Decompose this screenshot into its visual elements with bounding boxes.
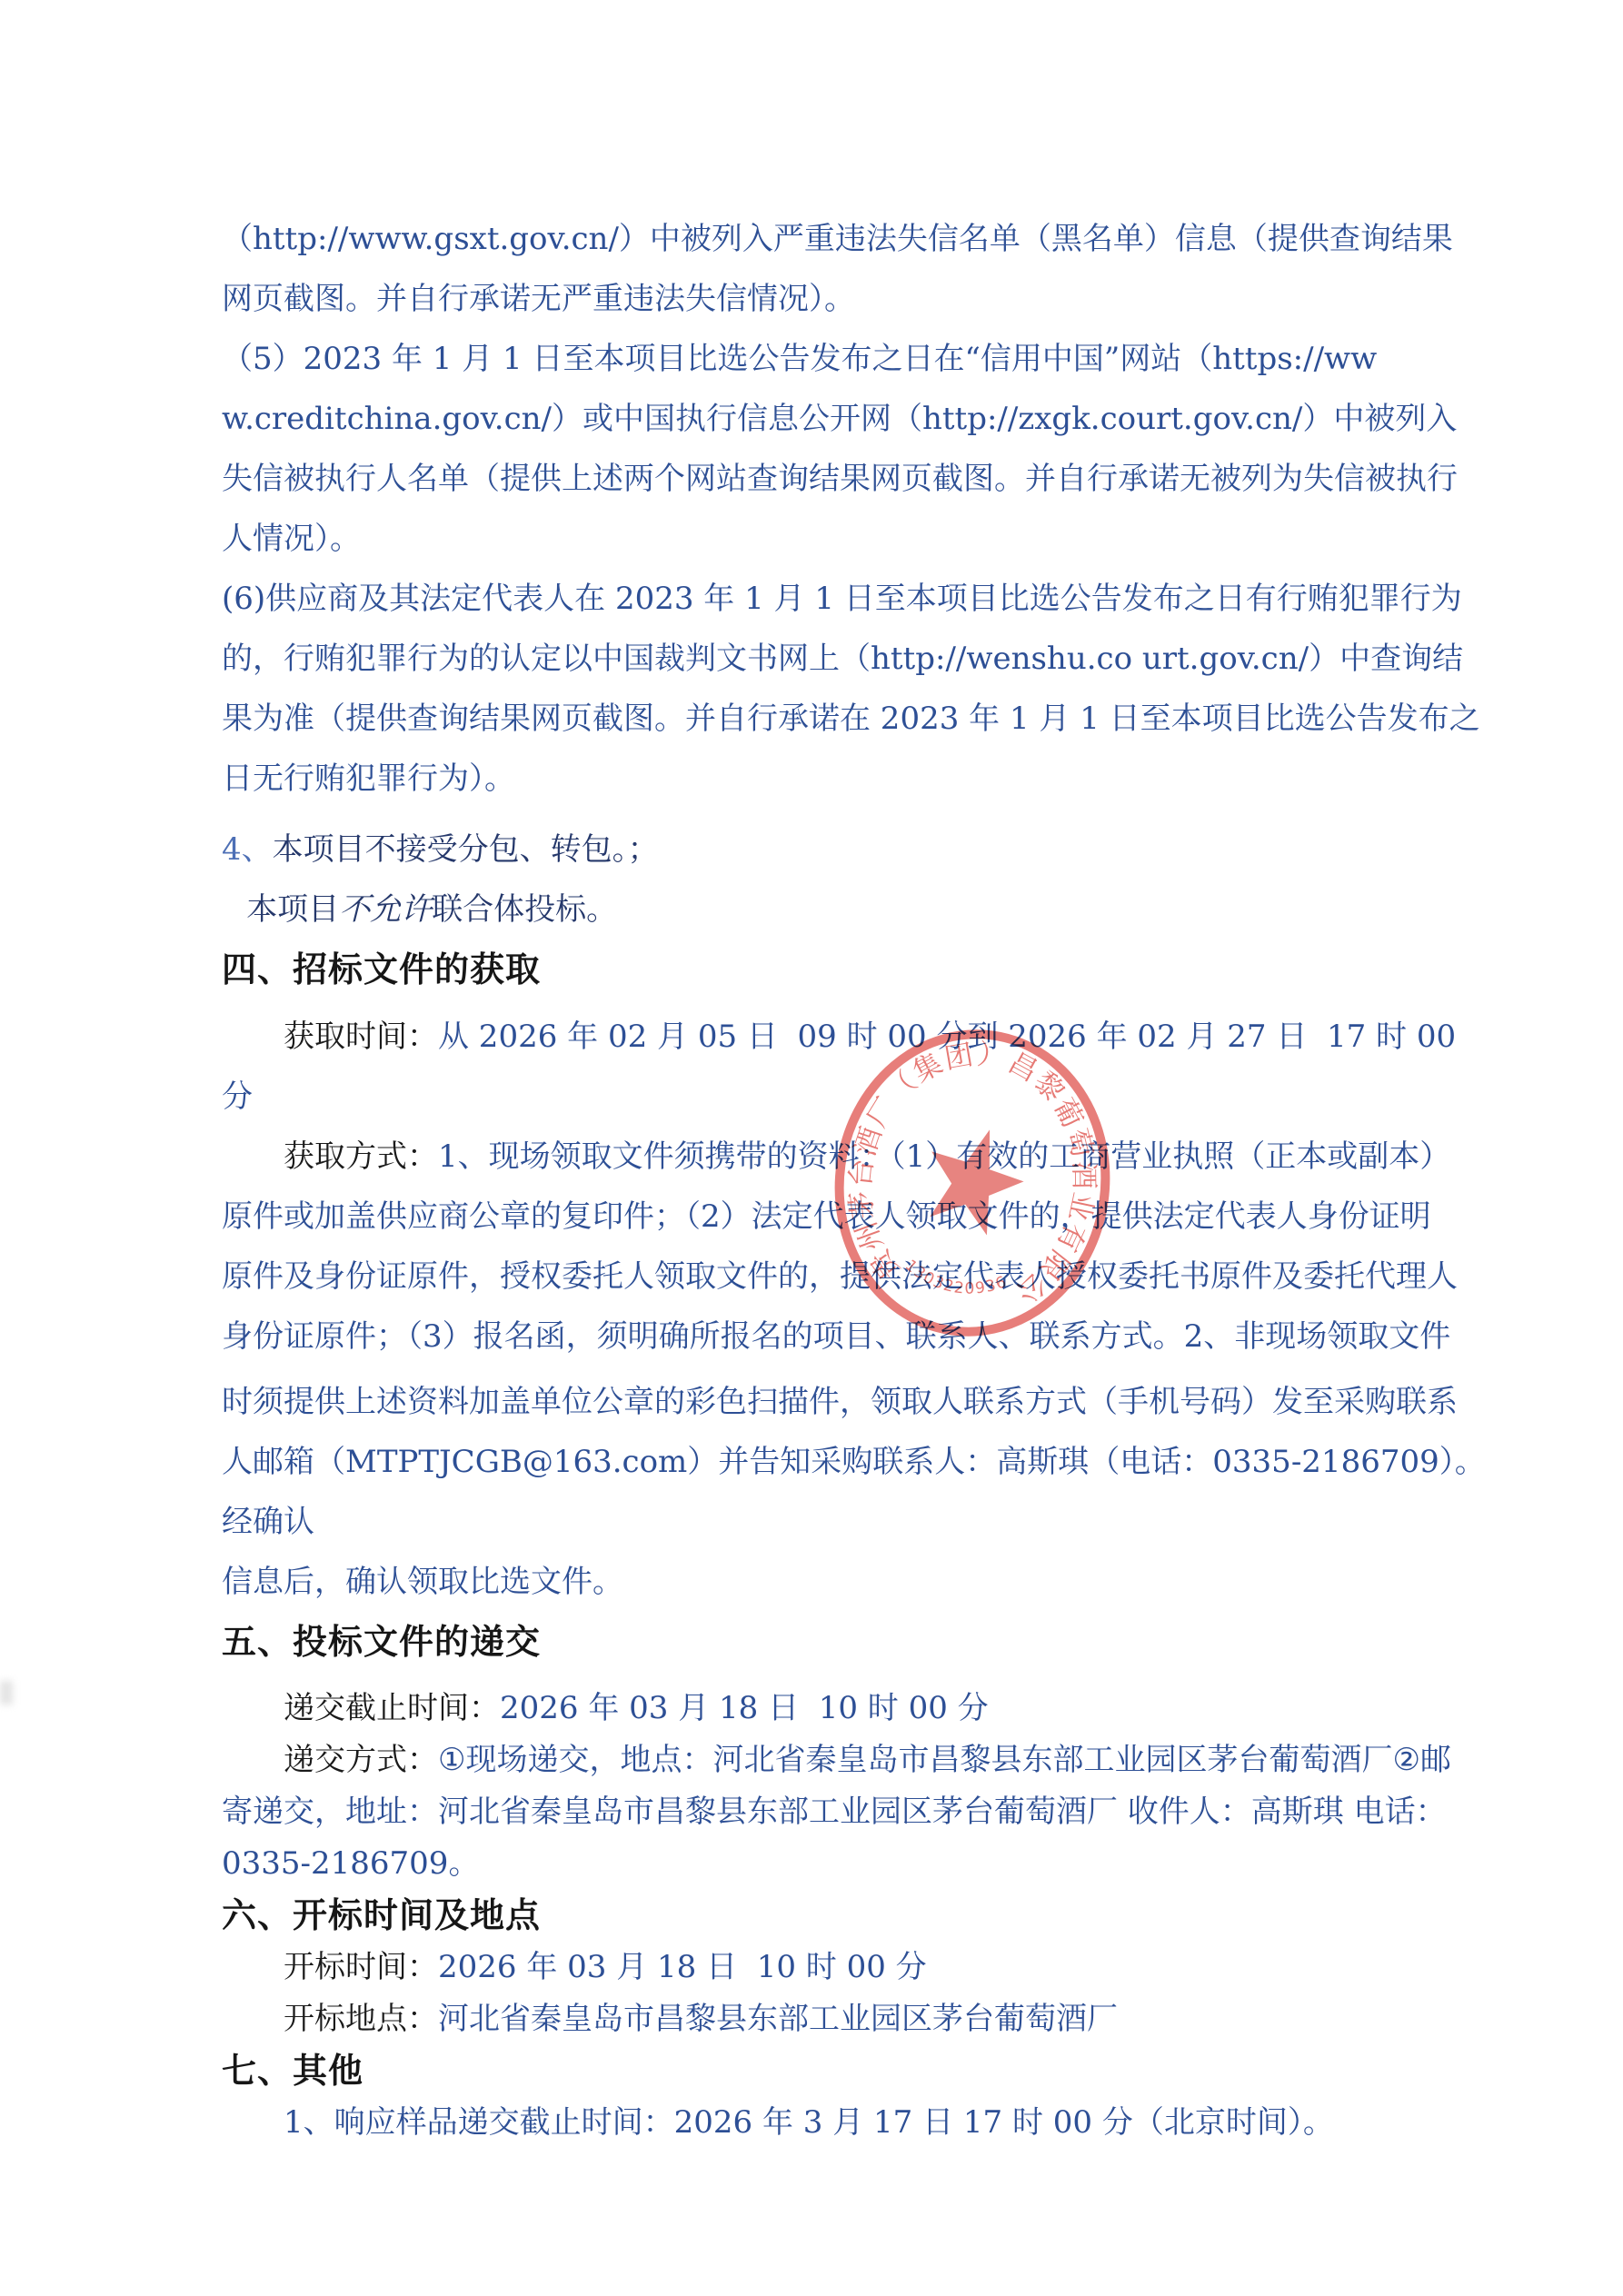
text-line: 人情况）。 (222, 509, 1487, 569)
text-segment: 信息后，确认领取比选文件。 (222, 1564, 623, 1600)
text-segment: 2026 年 03 月 18 日 10 时 00 分 (500, 1690, 989, 1726)
section-heading-5: 五、投标文件的递交 (222, 1612, 1487, 1672)
text-segment: 七、其他 (222, 2051, 363, 2091)
text-segment: 本项目 (246, 891, 339, 928)
text-line: 果为准（提供查询结果网页截图。并自行承诺在 2023 年 1 月 1 日至本项目… (222, 689, 1487, 749)
seal-number-text: 1303220936 (899, 1255, 1012, 1304)
text-segment: 的，行贿犯罪行为的认定以中国裁判文书网上（http://wenshu.co ur… (222, 641, 1463, 677)
text-segment: 寄递交，地址：河北省秦皇岛市昌黎县东部工业园区茅台葡萄酒厂 收件人：高斯琪 电话… (222, 1794, 1447, 1830)
text-line: 日无行贿犯罪行为）。 (222, 749, 1487, 809)
star-icon (912, 1115, 1036, 1241)
scan-smudge (0, 1681, 13, 1705)
text-segment: 人情况）。 (222, 521, 361, 557)
text-segment: w.creditchina.gov.cn/）或中国执行信息公开网（http://… (222, 401, 1457, 437)
section-heading-4: 四、招标文件的获取 (222, 939, 1487, 999)
text-line: 的，行贿犯罪行为的认定以中国裁判文书网上（http://wenshu.co ur… (222, 629, 1487, 689)
text-segment: 原件或加盖供应商公章的复印件；（2）法定代表人领取文件的，提供法定代表人身份证明 (222, 1198, 1431, 1235)
text-segment: 4、 (222, 831, 273, 868)
text-line: 开标时间：2026 年 03 月 18 日 10 时 00 分 (222, 1942, 1487, 1993)
text-line: 人邮箱（MTPTJCGB@163.com）并告知采购联系人：高斯琪（电话：033… (222, 1432, 1487, 1552)
text-segment: 2026 年 03 月 18 日 10 时 00 分 (438, 1949, 927, 1985)
text-line: 寄递交，地址：河北省秦皇岛市昌黎县东部工业园区茅台葡萄酒厂 收件人：高斯琪 电话… (222, 1786, 1487, 1838)
text-line: w.creditchina.gov.cn/）或中国执行信息公开网（http://… (222, 389, 1487, 449)
text-line: 1、响应样品递交截止时间：2026 年 3 月 17 日 17 时 00 分（北… (222, 2097, 1487, 2149)
text-segment: 不允许 (339, 891, 432, 928)
text-line: （5）2023 年 1 月 1 日至本项目比选公告发布之日在“信用中国”网站（h… (222, 329, 1487, 389)
text-line: 时须提供上述资料加盖单位公章的彩色扫描件，领取人联系方式（手机号码）发至采购联系 (222, 1372, 1487, 1432)
section-heading-6: 六、开标时间及地点 (222, 1890, 1487, 1942)
text-line: (6)供应商及其法定代表人在 2023 年 1 月 1 日至本项目比选公告发布之… (222, 569, 1487, 629)
text-line: 4、本项目不接受分包、转包。； (222, 820, 1487, 880)
svg-text:1303220936: 1303220936 (899, 1255, 1012, 1304)
text-segment: 联合体投标。 (432, 891, 617, 928)
text-segment: 本项目不接受分包、转包。； (273, 831, 659, 868)
text-segment: ①现场递交，地点：河北省秦皇岛市昌黎县东部工业园区茅台葡萄酒厂②邮 (438, 1742, 1451, 1778)
text-line: 本项目不允许联合体投标。 (222, 880, 1487, 939)
text-segment: 日无行贿犯罪行为）。 (222, 760, 515, 797)
text-segment: （http://www.gsxt.gov.cn/）中被列入严重违法失信名单（黑名… (222, 221, 1453, 257)
text-line: 信息后，确认领取比选文件。 (222, 1552, 1487, 1612)
text-segment: 1、响应样品递交截止时间：2026 年 3 月 17 日 17 时 00 分（北… (284, 2104, 1334, 2141)
text-segment: 开标时间： (284, 1949, 438, 1985)
text-segment: 四、招标文件的获取 (222, 949, 541, 989)
text-segment: 开标地点： (284, 2001, 438, 2037)
section-heading-7: 七、其他 (222, 2045, 1487, 2097)
text-segment: (6)供应商及其法定代表人在 2023 年 1 月 1 日至本项目比选公告发布之… (222, 581, 1462, 617)
text-segment: 递交截止时间： (284, 1690, 500, 1726)
text-line: 递交方式：①现场递交，地点：河北省秦皇岛市昌黎县东部工业园区茅台葡萄酒厂②邮 (222, 1734, 1487, 1786)
company-seal: 贵州茅台酒厂（集团）昌黎葡萄酒业有限公司 1303220936 (829, 1023, 1116, 1343)
text-segment: 0335-2186709。 (222, 1845, 479, 1882)
text-segment: （5）2023 年 1 月 1 日至本项目比选公告发布之日在“信用中国”网站（h… (222, 341, 1377, 377)
text-segment: 网页截图。并自行承诺无严重违法失信情况）。 (222, 281, 855, 317)
text-segment: 六、开标时间及地点 (222, 1895, 541, 1935)
text-segment: 获取时间： (284, 1019, 438, 1055)
text-segment: 河北省秦皇岛市昌黎县东部工业园区茅台葡萄酒厂 (438, 2001, 1118, 2037)
text-line: 递交截止时间：2026 年 03 月 18 日 10 时 00 分 (222, 1683, 1487, 1734)
text-segment: 失信被执行人名单（提供上述两个网站查询结果网页截图。并自行承诺无被列为失信被执行 (222, 461, 1458, 497)
text-line: 0335-2186709。 (222, 1838, 1487, 1890)
text-segment: 五、投标文件的递交 (222, 1622, 541, 1662)
text-segment: 递交方式： (284, 1742, 438, 1778)
text-segment: 果为准（提供查询结果网页截图。并自行承诺在 2023 年 1 月 1 日至本项目… (222, 701, 1480, 737)
text-line: 失信被执行人名单（提供上述两个网站查询结果网页截图。并自行承诺无被列为失信被执行 (222, 449, 1487, 509)
text-line: 开标地点：河北省秦皇岛市昌黎县东部工业园区茅台葡萄酒厂 (222, 1993, 1487, 2045)
text-line: （http://www.gsxt.gov.cn/）中被列入严重违法失信名单（黑名… (222, 209, 1487, 269)
text-segment: 时须提供上述资料加盖单位公章的彩色扫描件，领取人联系方式（手机号码）发至采购联系 (222, 1384, 1458, 1420)
text-segment: 获取方式： (284, 1138, 438, 1175)
text-segment: 人邮箱（MTPTJCGB@163.com）并告知采购联系人：高斯琪（电话：033… (222, 1444, 1486, 1540)
scanned-document-page: （http://www.gsxt.gov.cn/）中被列入严重违法失信名单（黑名… (0, 0, 1623, 2296)
text-line: 网页截图。并自行承诺无严重违法失信情况）。 (222, 269, 1487, 329)
